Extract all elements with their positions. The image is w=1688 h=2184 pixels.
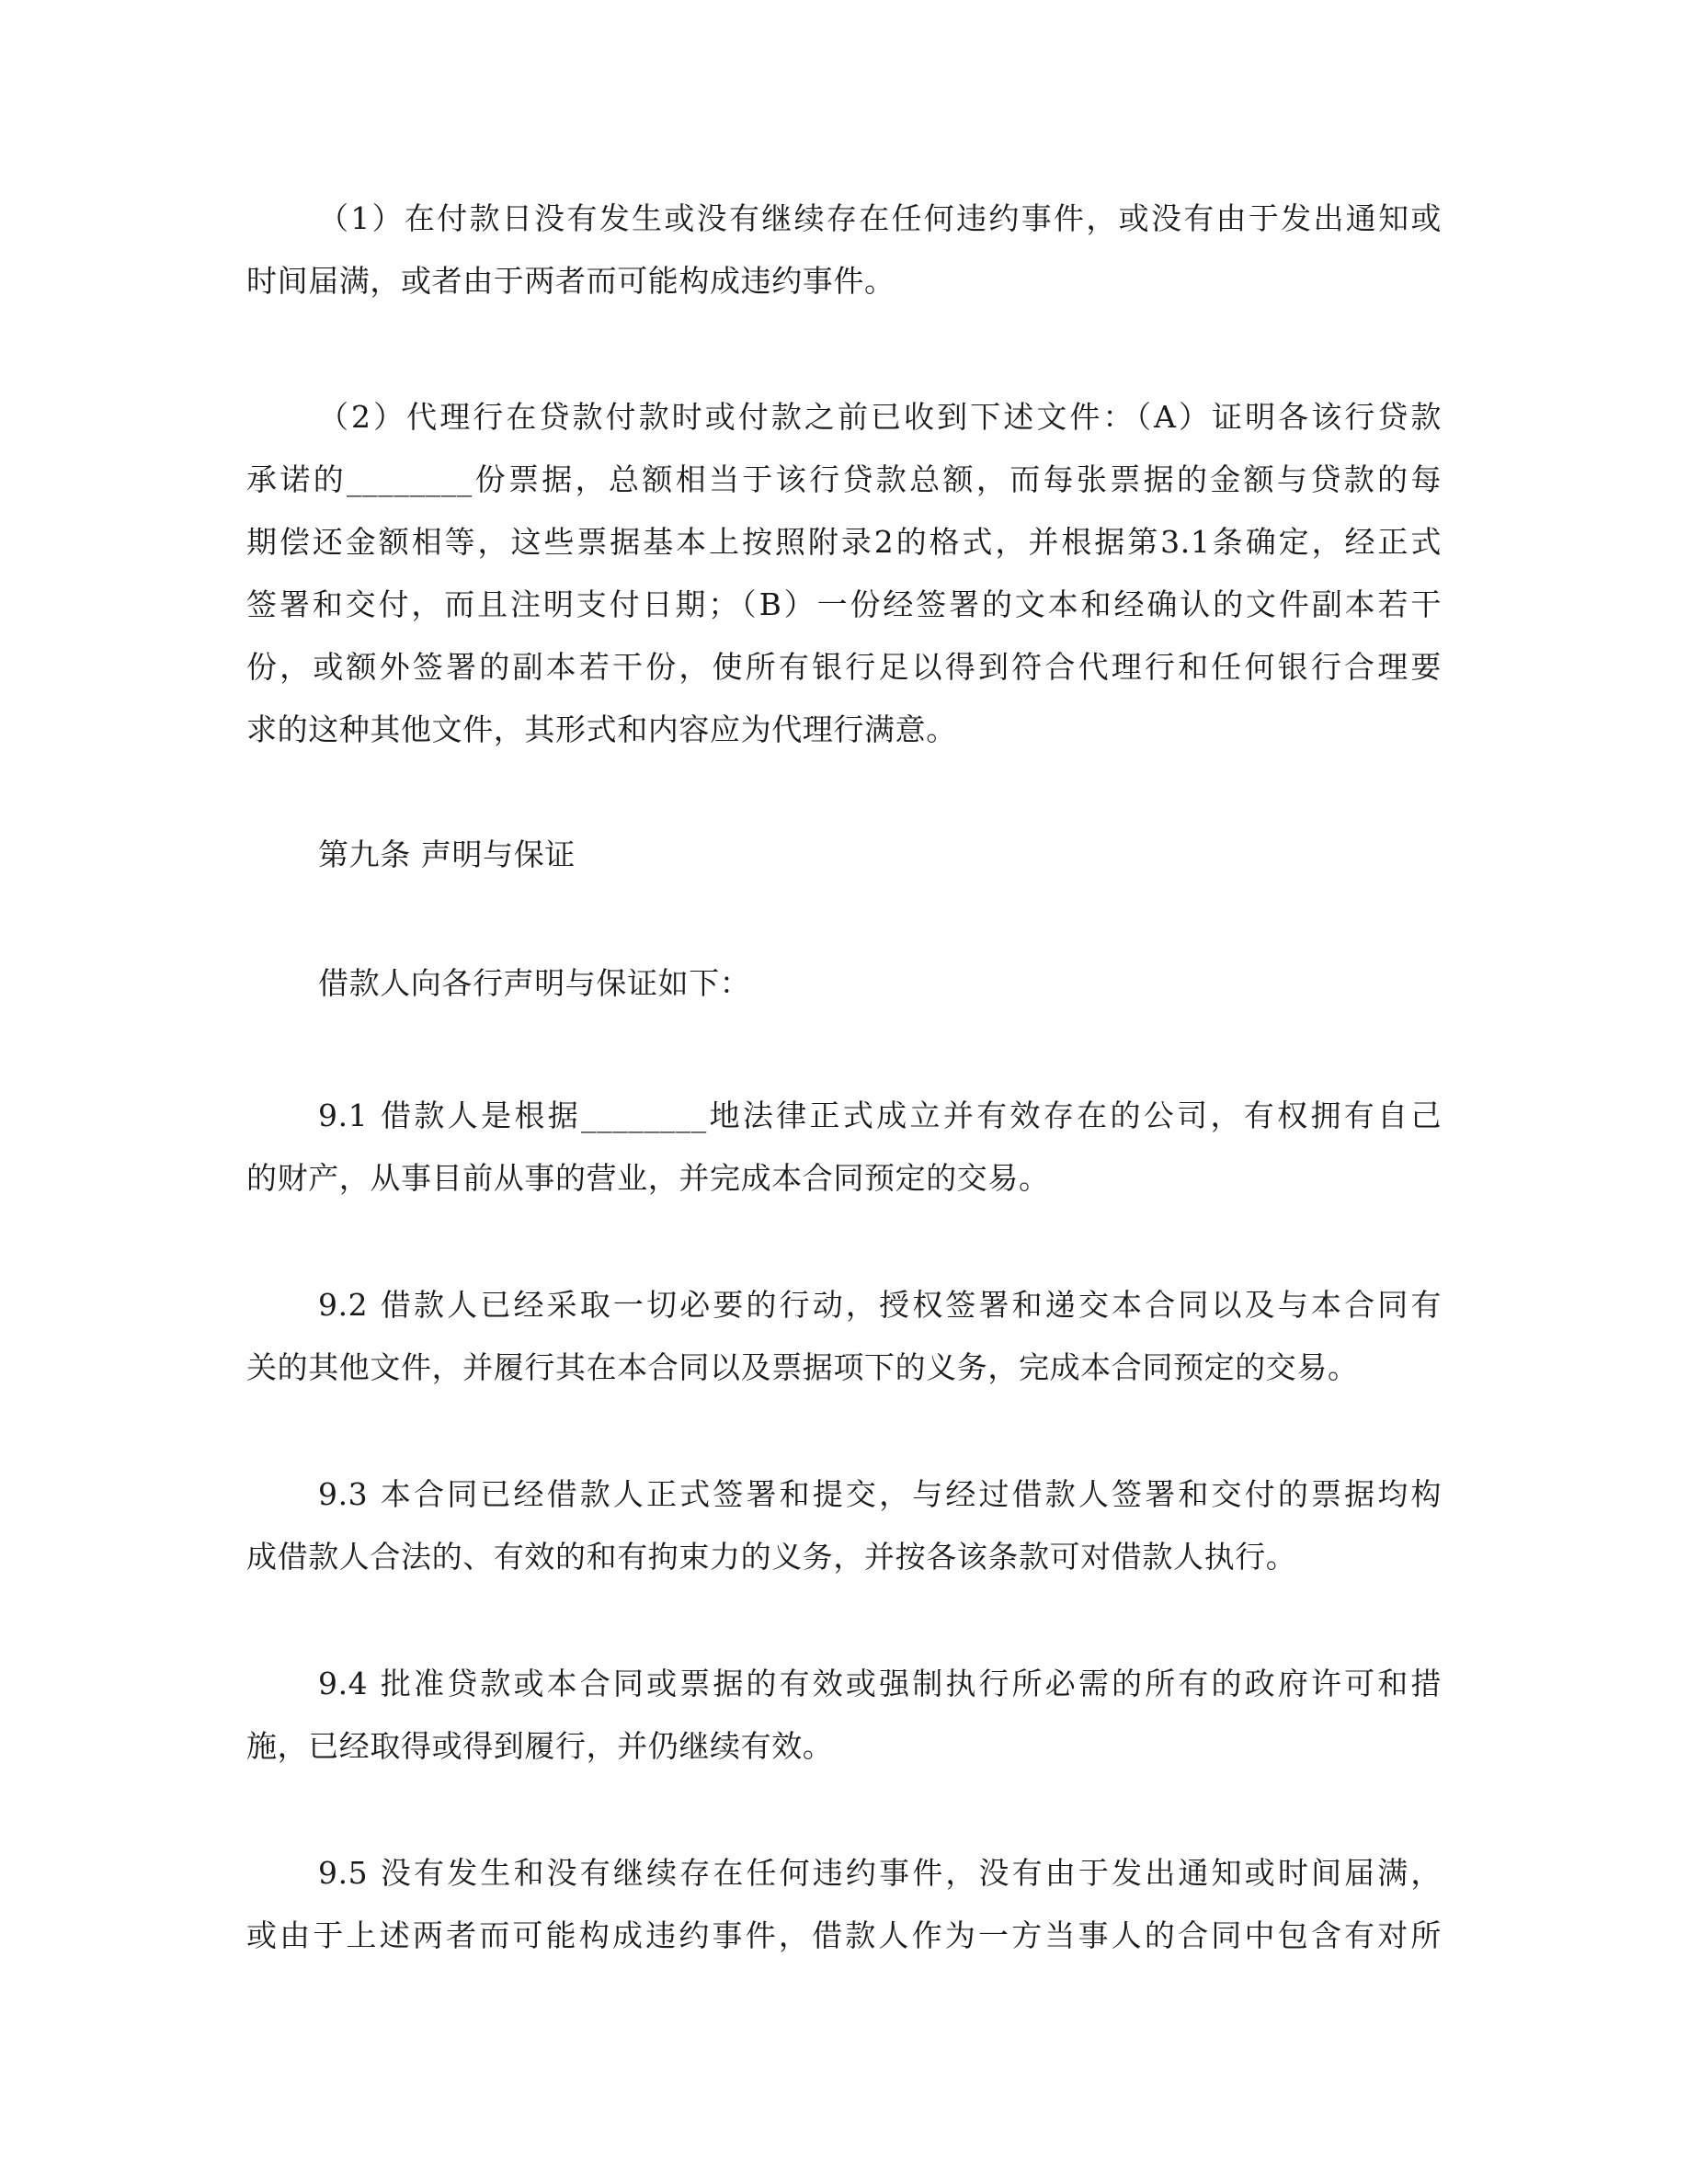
clause-9-3: 9.3 本合同已经借款人正式签署和提交，与经过借款人签署和交付的票据均构 成借款… — [246, 1463, 1442, 1588]
clause-9-1: 9.1 借款人是根据________地法律正式成立并有效存在的公司，有权拥有自己… — [246, 1085, 1442, 1210]
paragraph-condition-1: （1）在付款日没有发生或没有继续存在任何违约事件，或没有由于发出通知或 时间届满… — [246, 188, 1442, 313]
article-9-heading: 第九条 声明与保证 — [246, 824, 1442, 886]
text-line: 的财产，从事目前从事的营业，并完成本合同预定的交易。 — [246, 1147, 1442, 1210]
text-line: 9.3 本合同已经借款人正式签署和提交，与经过借款人签署和交付的票据均构 — [246, 1463, 1442, 1526]
document-page: （1）在付款日没有发生或没有继续存在任何违约事件，或没有由于发出通知或 时间届满… — [0, 0, 1688, 2184]
clause-9-4: 9.4 批准贷款或本合同或票据的有效或强制执行所必需的所有的政府许可和措 施，已… — [246, 1653, 1442, 1778]
clause-9-2: 9.2 借款人已经采取一切必要的行动，授权签署和递交本合同以及与本合同有 关的其… — [246, 1274, 1442, 1399]
text-line: 时间届满，或者由于两者而可能构成违约事件。 — [246, 250, 1442, 313]
heading-text: 第九条 声明与保证 — [246, 824, 1442, 886]
text-line: 或由于上述两者而可能构成违约事件，借款人作为一方当事人的合同中包含有对所 — [246, 1905, 1442, 1967]
text-line: （1）在付款日没有发生或没有继续存在任何违约事件，或没有由于发出通知或 — [246, 188, 1442, 250]
text-line: 施，已经取得或得到履行，并仍继续有效。 — [246, 1715, 1442, 1778]
text-line: 签署和交付，而且注明支付日期；（B）一份经签署的文本和经确认的文件副本若干 — [246, 574, 1442, 636]
text-line: 期偿还金额相等，这些票据基本上按照附录2的格式，并根据第3.1条确定，经正式 — [246, 511, 1442, 574]
text-line: 成借款人合法的、有效的和有拘束力的义务，并按各该条款可对借款人执行。 — [246, 1526, 1442, 1588]
text-line: 份，或额外签署的副本若干份，使所有银行足以得到符合代理行和任何银行合理要 — [246, 636, 1442, 699]
text-line: 求的这种其他文件，其形式和内容应为代理行满意。 — [246, 699, 1442, 761]
text-line: 承诺的________份票据，总额相当于该行贷款总额，而每张票据的金额与贷款的每 — [246, 449, 1442, 511]
text-line: 9.1 借款人是根据________地法律正式成立并有效存在的公司，有权拥有自己 — [246, 1085, 1442, 1147]
text-line: 9.2 借款人已经采取一切必要的行动，授权签署和递交本合同以及与本合同有 — [246, 1274, 1442, 1337]
text-line: 9.4 批准贷款或本合同或票据的有效或强制执行所必需的所有的政府许可和措 — [246, 1653, 1442, 1715]
text-line: 关的其他文件，并履行其在本合同以及票据项下的义务，完成本合同预定的交易。 — [246, 1337, 1442, 1399]
article-9-intro: 借款人向各行声明与保证如下： — [246, 952, 1442, 1015]
paragraph-condition-2: （2）代理行在贷款付款时或付款之前已收到下述文件：（A）证明各该行贷款 承诺的_… — [246, 386, 1442, 761]
text-line: （2）代理行在贷款付款时或付款之前已收到下述文件：（A）证明各该行贷款 — [246, 386, 1442, 449]
clause-9-5: 9.5 没有发生和没有继续存在任何违约事件，没有由于发出通知或时间届满， 或由于… — [246, 1842, 1442, 1967]
text-line: 借款人向各行声明与保证如下： — [246, 952, 1442, 1015]
text-line: 9.5 没有发生和没有继续存在任何违约事件，没有由于发出通知或时间届满， — [246, 1842, 1442, 1905]
